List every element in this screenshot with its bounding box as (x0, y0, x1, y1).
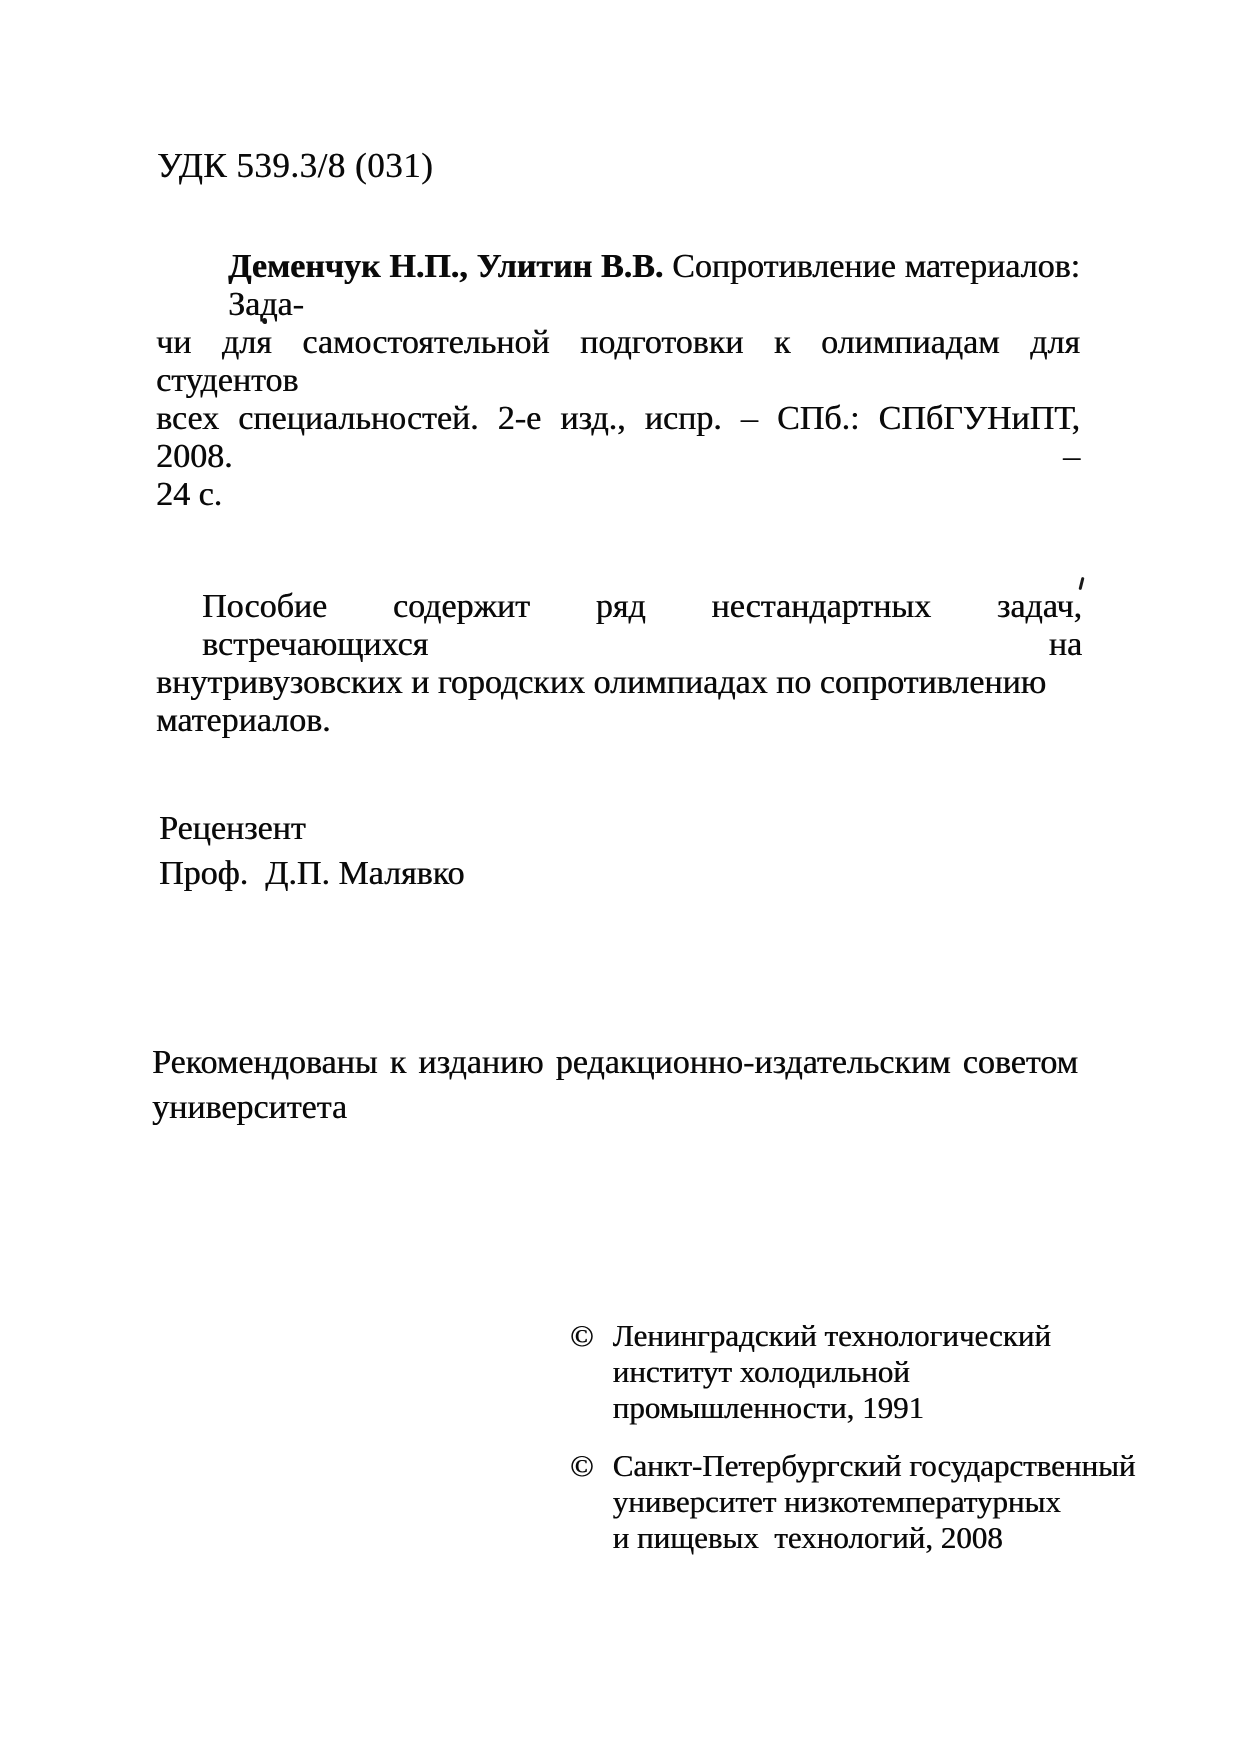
reviewer-label: Рецензент (159, 806, 464, 851)
copyright-line: Санкт-Петербургский государственный (613, 1448, 1136, 1484)
udc-classification-number: УДК 539.3/8 (031) (157, 146, 433, 186)
bibliographic-entry: Деменчук Н.П., Улитин В.В. Сопротивление… (156, 248, 1080, 514)
entry-authors: Деменчук Н.П., Улитин В.В. (228, 248, 663, 285)
reviewer-block: Рецензент Проф. Д.П. Малявко (159, 806, 464, 896)
copyright-block-2008: © Санкт-Петербургский государственный ун… (570, 1448, 1135, 1556)
copyright-text: Санкт-Петербургский государственный унив… (613, 1448, 1136, 1556)
copyright-line: университет низкотемпературных (613, 1484, 1136, 1520)
abstract-paragraph: Пособие содержит ряд нестандартных задач… (156, 588, 1082, 740)
copyright-line: институт холодильной (613, 1354, 1051, 1390)
copyright-line: промышленности, 1991 (613, 1390, 1051, 1426)
copyright-line: Ленинградский технологический (613, 1318, 1051, 1354)
copyright-symbol: © (570, 1448, 594, 1484)
abstract-line: внутривузовских и городских олимпиадах п… (156, 664, 1082, 740)
bibliographic-line: чи для самостоятельной подготовки к олим… (156, 324, 1080, 400)
reviewer-name: Проф. Д.П. Малявко (159, 851, 464, 896)
bibliographic-line: 24 с. (156, 476, 1080, 514)
scan-speck-tick (1078, 577, 1084, 590)
recommendation-line: университета (152, 1085, 1078, 1130)
copyright-line: и пищевых технологий, 2008 (613, 1520, 1136, 1556)
bibliographic-line: всех специальностей. 2-е изд., испр. – С… (156, 400, 1080, 476)
copyright-block-1991: © Ленинградский технологический институт… (570, 1318, 1051, 1426)
recommendation-line: Рекомендованы к изданию редакционно-изда… (152, 1040, 1078, 1085)
recommendation-paragraph: Рекомендованы к изданию редакционно-изда… (152, 1040, 1078, 1130)
abstract-line: Пособие содержит ряд нестандартных задач… (156, 588, 1082, 664)
scanned-title-verso-page: УДК 539.3/8 (031) Деменчук Н.П., Улитин … (0, 0, 1241, 1754)
bibliographic-line: Деменчук Н.П., Улитин В.В. Сопротивление… (156, 248, 1080, 324)
copyright-symbol: © (570, 1318, 594, 1354)
scan-speck-dot (262, 318, 267, 324)
copyright-text: Ленинградский технологический институт х… (613, 1318, 1051, 1426)
